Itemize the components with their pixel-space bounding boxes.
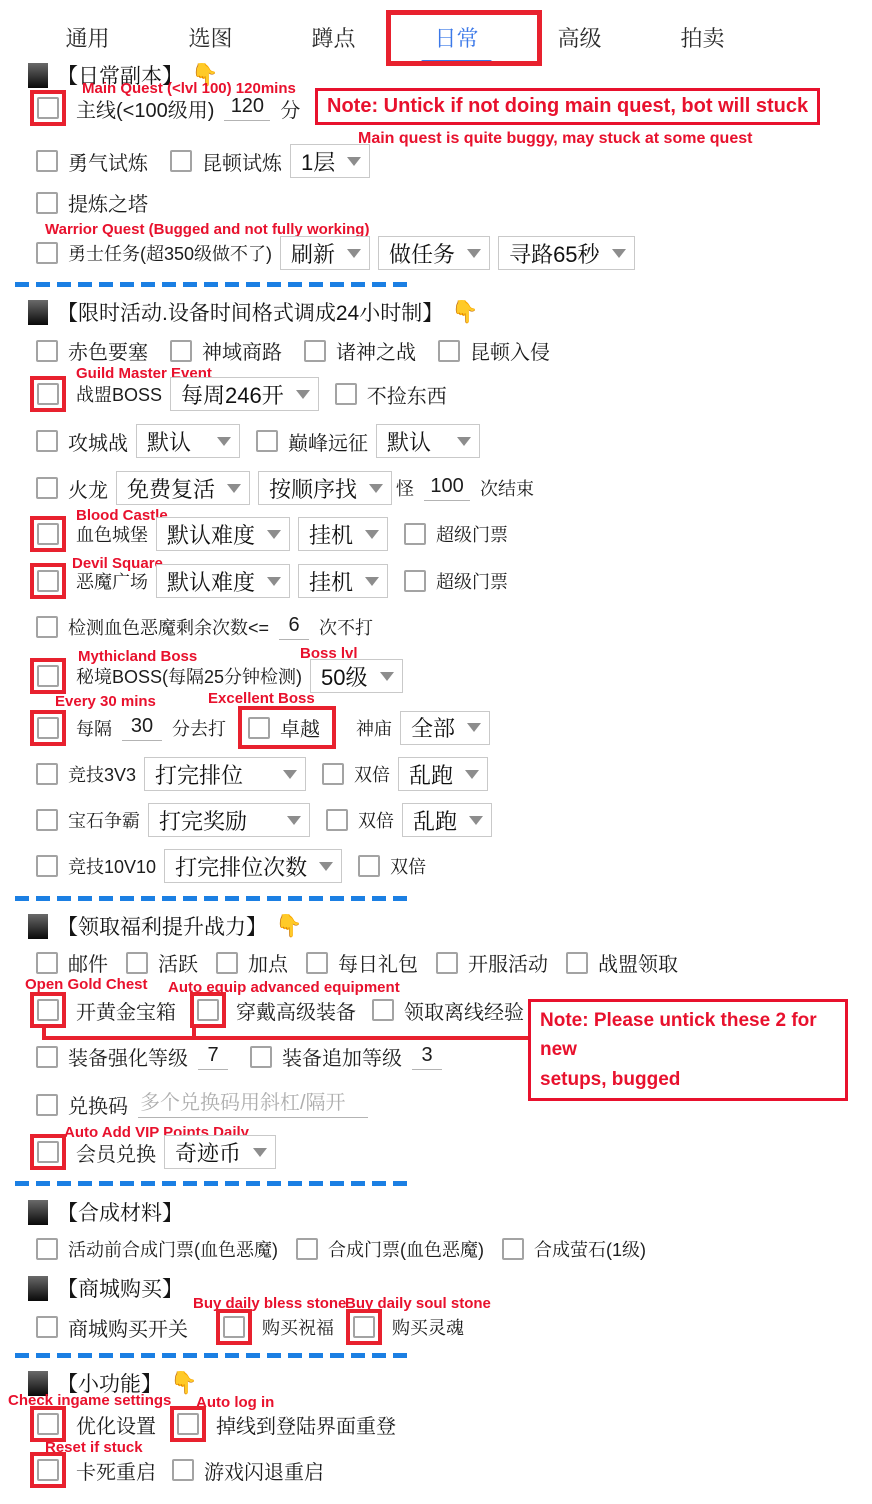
- annotation-box-soul-stone: [346, 1309, 382, 1345]
- chevron-down-icon: [469, 816, 483, 825]
- subnote-main-quest-buggy: Main quest is quite buggy, may stuck at …: [358, 130, 752, 148]
- row-guild-boss: 战盟BOSS 每周246开 不捡东西: [30, 376, 447, 412]
- daily-settings-page: 通用 选图 蹲点 日常 高级 拍卖 【日常副本】 👇 Main Quest (<…: [0, 0, 872, 1504]
- pvp-10v10-double-label: 双倍: [390, 853, 426, 879]
- row-gem-contest: 宝石争霸 打完奖励 双倍 乱跑: [36, 803, 492, 837]
- devil-afk-value: 挂机: [309, 566, 353, 597]
- annotation-box-blood-castle: [30, 516, 66, 552]
- kundun-trial-checkbox[interactable]: [170, 150, 192, 172]
- vip-exchange-label: 会员兑换: [76, 1138, 156, 1167]
- blood-super-ticket-label: 超级门票: [436, 521, 508, 547]
- chevron-down-icon: [217, 437, 231, 446]
- annotation-box-mythic-boss: [30, 658, 66, 694]
- add-points-checkbox[interactable]: [216, 952, 238, 974]
- pvp-10v10-checkbox[interactable]: [36, 855, 58, 877]
- chevron-down-icon: [457, 437, 471, 446]
- addon-level-input[interactable]: [412, 1044, 442, 1070]
- craft-ticket-label: 合成门票(血色恶魔): [328, 1236, 484, 1262]
- dragon-count-unit-label: 次结束: [480, 475, 534, 501]
- pvp-10v10-mode-value: 打完排位次数: [175, 851, 307, 882]
- peak-mode-value: 默认: [387, 426, 431, 457]
- crash-restart-checkbox[interactable]: [172, 1459, 194, 1481]
- chevron-down-icon: [465, 770, 479, 779]
- section-square-icon: [28, 63, 48, 88]
- row-trials: 勇气试炼 昆顿试炼 1层: [36, 144, 370, 178]
- dragon-search-select[interactable]: 按顺序找: [258, 471, 392, 505]
- row-welfare-toggles: 邮件 活跃 加点 每日礼包 开服活动 战盟领取: [36, 948, 678, 977]
- annotation-box-relogin: [170, 1406, 206, 1442]
- relogin-label: 掉线到登陆界面重登: [216, 1410, 396, 1439]
- annotation-box-devil-square: [30, 563, 66, 599]
- buy-bless-label: 购买祝福: [262, 1314, 334, 1340]
- mail-checkbox[interactable]: [36, 952, 58, 974]
- pointing-down-icon: 👇: [170, 1370, 197, 1396]
- row-blood-castle: 血色城堡 默认难度 挂机 超级门票: [30, 516, 508, 552]
- pointing-down-icon: 👇: [451, 299, 478, 325]
- row-event-toggles: 赤色要塞 神域商路 诸神之战 昆顿入侵: [36, 336, 550, 365]
- war-of-gods-label: 诸神之战: [336, 336, 416, 365]
- devil-difficulty-value: 默认难度: [167, 566, 255, 597]
- stuck-restart-checkbox[interactable]: [37, 1459, 59, 1481]
- tab-map-select[interactable]: 选图: [149, 14, 272, 65]
- pvp-3v3-run-select[interactable]: 乱跑: [398, 757, 488, 791]
- chevron-down-icon: [283, 770, 297, 779]
- shop-buy-switch-checkbox[interactable]: [36, 1316, 58, 1338]
- row-gold-chest: 开黄金宝箱 穿戴高级装备 领取离线经验: [30, 992, 524, 1028]
- fire-dragon-label: 火龙: [68, 474, 108, 503]
- row-fire-dragon: 火龙 免费复活 按顺序找 怪 次结束: [36, 471, 534, 505]
- chevron-down-icon: [296, 390, 310, 399]
- craft-fluorite-checkbox[interactable]: [502, 1238, 524, 1260]
- activity-label: 活跃: [158, 948, 198, 977]
- row-warrior-quest: 勇士任务(超350级做不了) 刷新 做任务 寻路65秒: [36, 236, 635, 270]
- chevron-down-icon: [369, 484, 383, 493]
- boss-level-select[interactable]: 50级: [310, 659, 402, 693]
- addon-level-label: 装备追加等级: [282, 1042, 402, 1071]
- gem-run-value: 乱跑: [413, 805, 457, 836]
- interval-label: 每隔: [76, 715, 112, 741]
- tab-auction[interactable]: 拍卖: [641, 14, 764, 65]
- offline-exp-label: 领取离线经验: [404, 996, 524, 1025]
- chevron-down-icon: [287, 816, 301, 825]
- section-square-icon: [28, 1200, 48, 1225]
- annotation-frame-daily-tab: [386, 10, 542, 66]
- temple-select[interactable]: 全部: [400, 711, 490, 745]
- boss-level-value: 50级: [321, 661, 367, 692]
- peak-expedition-label: 巅峰远征: [288, 427, 368, 456]
- activity-checkbox[interactable]: [126, 952, 148, 974]
- row-optimize: 优化设置 掉线到登陆界面重登: [30, 1406, 396, 1442]
- row-mythic-boss: 秘境BOSS(每隔25分钟检测) 50级: [30, 658, 403, 694]
- kundun-floor-value: 1层: [301, 146, 335, 177]
- tab-general[interactable]: 通用: [26, 14, 149, 65]
- refine-tower-checkbox[interactable]: [36, 192, 58, 214]
- annotation-box-bless-stone: [216, 1309, 252, 1345]
- section-timed-events-header: 【限时活动.设备时间格式调成24小时制】 👇: [28, 297, 479, 327]
- pvp-3v3-checkbox[interactable]: [36, 763, 58, 785]
- warrior-pathfind-value: 寻路65秒: [509, 238, 599, 269]
- pvp-10v10-label: 竞技10V10: [68, 853, 156, 879]
- tab-auction-label: 拍卖: [680, 26, 724, 51]
- relogin-checkbox[interactable]: [177, 1413, 199, 1435]
- section-welfare-header: 【领取福利提升战力】 👇: [28, 911, 302, 941]
- buy-bless-checkbox[interactable]: [223, 1316, 245, 1338]
- war-of-gods-checkbox[interactable]: [304, 340, 326, 362]
- vip-exchange-checkbox[interactable]: [37, 1141, 59, 1163]
- excellent-boss-checkbox[interactable]: [248, 717, 270, 739]
- fire-dragon-checkbox[interactable]: [36, 477, 58, 499]
- devil-super-ticket-checkbox[interactable]: [404, 570, 426, 592]
- tab-camp-label: 蹲点: [311, 26, 355, 51]
- dragon-monster-label: 怪: [396, 475, 414, 501]
- annotation-box-vip-exchange: [30, 1134, 66, 1170]
- main-quest-label: 主线(<100级用): [76, 94, 214, 123]
- redeem-code-checkbox[interactable]: [36, 1094, 58, 1116]
- warrior-refresh-select[interactable]: 刷新: [280, 236, 370, 270]
- dragon-revive-value: 免费复活: [127, 473, 215, 504]
- siege-war-checkbox[interactable]: [36, 430, 58, 452]
- annotation-open-gold-chest: Open Gold Chest: [25, 976, 148, 993]
- devil-square-label: 恶魔广场: [76, 568, 148, 594]
- guild-boss-checkbox[interactable]: [37, 383, 59, 405]
- peak-mode-select[interactable]: 默认: [376, 424, 480, 458]
- warrior-pathfind-select[interactable]: 寻路65秒: [498, 236, 634, 270]
- annotation-connector-line: [42, 1036, 528, 1040]
- divine-road-label: 神域商路: [202, 336, 282, 365]
- tab-map-select-label: 选图: [188, 26, 232, 51]
- dragon-search-value: 按顺序找: [269, 473, 357, 504]
- blood-afk-select[interactable]: 挂机: [298, 517, 388, 551]
- guild-claim-checkbox[interactable]: [566, 952, 588, 974]
- row-restart: 卡死重启 游戏闪退重启: [30, 1452, 324, 1488]
- warrior-do-task-value: 做任务: [389, 238, 455, 269]
- chevron-down-icon: [347, 157, 361, 166]
- gem-mode-value: 打完奖励: [159, 805, 247, 836]
- row-shop-buy: 商城购买开关 购买祝福 购买灵魂: [36, 1309, 464, 1345]
- note-main-quest: Note: Untick if not doing main quest, bo…: [315, 88, 820, 125]
- chevron-down-icon: [380, 672, 394, 681]
- section-welfare-title: 【领取福利提升战力】: [57, 911, 267, 941]
- blood-difficulty-select[interactable]: 默认难度: [156, 517, 290, 551]
- chevron-down-icon: [227, 484, 241, 493]
- pvp-3v3-label: 竞技3V3: [68, 761, 136, 787]
- enhance-level-label: 装备强化等级: [68, 1042, 188, 1071]
- guild-claim-label: 战盟领取: [598, 948, 678, 977]
- annotation-excellent-boss: Excellent Boss: [208, 690, 315, 707]
- row-siege: 攻城战 默认 巅峰远征 默认: [36, 424, 480, 458]
- annotation-box-gold-chest: [30, 992, 66, 1028]
- pointing-down-icon: 👇: [275, 913, 302, 939]
- siege-war-label: 攻城战: [68, 427, 128, 456]
- mail-label: 邮件: [68, 948, 108, 977]
- refine-tower-label: 提炼之塔: [68, 188, 148, 217]
- chevron-down-icon: [365, 530, 379, 539]
- detect-remaining-input[interactable]: [279, 614, 309, 640]
- tab-camp[interactable]: 蹲点: [272, 14, 395, 65]
- row-vip-exchange: 会员兑换 奇迹币: [30, 1134, 276, 1170]
- warrior-refresh-value: 刷新: [291, 238, 335, 269]
- pvp-3v3-double-checkbox[interactable]: [322, 763, 344, 785]
- craft-ticket-before-event-label: 活动前合成门票(血色恶魔): [68, 1236, 278, 1262]
- row-main-quest: 主线(<100级用) 分: [30, 90, 300, 126]
- devil-square-checkbox[interactable]: [37, 570, 59, 592]
- kundun-invasion-checkbox[interactable]: [438, 340, 460, 362]
- pvp-10v10-double-checkbox[interactable]: [358, 855, 380, 877]
- no-pickup-label: 不捡东西: [367, 380, 447, 409]
- mythic-boss-label: 秘境BOSS(每隔25分钟检测): [76, 663, 302, 689]
- gem-contest-label: 宝石争霸: [68, 807, 140, 833]
- enhance-level-input[interactable]: [198, 1044, 228, 1070]
- section-divider: [15, 1181, 412, 1186]
- guild-boss-label: 战盟BOSS: [76, 381, 162, 407]
- blood-difficulty-value: 默认难度: [167, 519, 255, 550]
- row-equip-levels: 装备强化等级 装备追加等级: [36, 1042, 442, 1071]
- section-square-icon: [28, 914, 48, 939]
- chevron-down-icon: [253, 1148, 267, 1157]
- detect-remaining-label: 检测血色恶魔剩余次数<=: [68, 614, 269, 640]
- vip-currency-value: 奇迹币: [175, 1137, 241, 1168]
- kundun-floor-select[interactable]: 1层: [290, 144, 370, 178]
- crash-restart-label: 游戏闪退重启: [204, 1456, 324, 1485]
- row-refine-tower: 提炼之塔: [36, 188, 148, 217]
- buy-soul-label: 购买灵魂: [392, 1314, 464, 1340]
- vip-currency-select[interactable]: 奇迹币: [164, 1135, 276, 1169]
- gold-chest-checkbox[interactable]: [37, 999, 59, 1021]
- blood-castle-label: 血色城堡: [76, 521, 148, 547]
- chevron-down-icon: [319, 862, 333, 871]
- offline-exp-checkbox[interactable]: [372, 999, 394, 1021]
- note-untick-these-2: Note: Please untick these 2 for new setu…: [528, 999, 848, 1101]
- row-redeem-code: 兑换码: [36, 1090, 368, 1119]
- enhance-level-checkbox[interactable]: [36, 1046, 58, 1068]
- section-craft-header: 【合成材料】: [28, 1197, 183, 1227]
- main-quest-checkbox[interactable]: [37, 97, 59, 119]
- auto-equip-checkbox[interactable]: [197, 999, 219, 1021]
- annotation-box-interval-hunt: [30, 710, 66, 746]
- gem-double-checkbox[interactable]: [326, 809, 348, 831]
- chevron-down-icon: [267, 577, 281, 586]
- divine-road-checkbox[interactable]: [170, 340, 192, 362]
- buy-soul-checkbox[interactable]: [353, 1316, 375, 1338]
- chevron-down-icon: [267, 530, 281, 539]
- detect-remaining-unit-label: 次不打: [319, 614, 373, 640]
- row-craft-toggles: 活动前合成门票(血色恶魔) 合成门票(血色恶魔) 合成萤石(1级): [36, 1236, 646, 1262]
- blood-afk-value: 挂机: [309, 519, 353, 550]
- optimize-settings-label: 优化设置: [76, 1410, 156, 1439]
- excellent-boss-label: 卓越: [280, 713, 320, 742]
- tab-general-label: 通用: [65, 26, 109, 51]
- interval-minutes-input[interactable]: [122, 715, 162, 741]
- annotation-box-optimize: [30, 1406, 66, 1442]
- section-divider: [15, 1353, 412, 1358]
- section-timed-events-title: 【限时活动.设备时间格式调成24小时制】: [57, 297, 443, 327]
- pvp-3v3-double-label: 双倍: [354, 761, 390, 787]
- redeem-code-label: 兑换码: [68, 1090, 128, 1119]
- daily-gift-checkbox[interactable]: [306, 952, 328, 974]
- kundun-invasion-label: 昆顿入侵: [470, 336, 550, 365]
- interval-go-label: 分去打: [172, 715, 226, 741]
- craft-ticket-checkbox[interactable]: [296, 1238, 318, 1260]
- note-untick-line2: setups, bugged: [540, 1065, 836, 1094]
- auto-equip-label: 穿戴高级装备: [236, 996, 356, 1025]
- annotation-box-auto-equip: [190, 992, 226, 1028]
- addon-level-checkbox[interactable]: [250, 1046, 272, 1068]
- crimson-fortress-checkbox[interactable]: [36, 340, 58, 362]
- section-divider: [15, 282, 412, 287]
- craft-ticket-before-event-checkbox[interactable]: [36, 1238, 58, 1260]
- annotation-box-excellent: 卓越: [238, 706, 336, 749]
- main-quest-unit-label: 分: [280, 94, 300, 123]
- crimson-fortress-label: 赤色要塞: [68, 336, 148, 365]
- row-pvp-3v3: 竞技3V3 打完排位 双倍 乱跑: [36, 757, 488, 791]
- interval-hunt-checkbox[interactable]: [37, 717, 59, 739]
- tab-advanced-label: 高级: [557, 26, 601, 51]
- kundun-trial-label: 昆顿试炼: [202, 147, 282, 176]
- pvp-3v3-mode-value: 打完排位: [155, 759, 243, 790]
- optimize-settings-checkbox[interactable]: [37, 1413, 59, 1435]
- peak-expedition-checkbox[interactable]: [256, 430, 278, 452]
- row-pvp-10v10: 竞技10V10 打完排位次数 双倍: [36, 849, 426, 883]
- add-points-label: 加点: [248, 948, 288, 977]
- main-quest-minutes-input[interactable]: [224, 95, 270, 121]
- pvp-3v3-mode-select[interactable]: 打完排位: [144, 757, 306, 791]
- devil-difficulty-select[interactable]: 默认难度: [156, 564, 290, 598]
- section-square-icon: [28, 300, 48, 325]
- temple-label: 神庙: [356, 715, 392, 741]
- blood-castle-checkbox[interactable]: [37, 523, 59, 545]
- gold-chest-label: 开黄金宝箱: [76, 996, 176, 1025]
- shop-buy-switch-label: 商城购买开关: [68, 1313, 188, 1342]
- section-shop-title: 【商城购买】: [57, 1273, 183, 1303]
- warrior-quest-checkbox[interactable]: [36, 242, 58, 264]
- guild-boss-schedule-value: 每周246开: [181, 379, 284, 410]
- annotation-box-main-quest: [30, 90, 66, 126]
- blood-super-ticket-checkbox[interactable]: [404, 523, 426, 545]
- pvp-10v10-mode-select[interactable]: 打完排位次数: [164, 849, 342, 883]
- gem-run-select[interactable]: 乱跑: [402, 803, 492, 837]
- siege-mode-select[interactable]: 默认: [136, 424, 240, 458]
- chevron-down-icon: [612, 249, 626, 258]
- chevron-down-icon: [365, 577, 379, 586]
- craft-fluorite-label: 合成萤石(1级): [534, 1236, 646, 1262]
- gem-mode-select[interactable]: 打完奖励: [148, 803, 310, 837]
- chevron-down-icon: [347, 249, 361, 258]
- guild-boss-schedule-select[interactable]: 每周246开: [170, 377, 319, 411]
- no-pickup-checkbox[interactable]: [335, 383, 357, 405]
- dragon-revive-select[interactable]: 免费复活: [116, 471, 250, 505]
- mythic-boss-checkbox[interactable]: [37, 665, 59, 687]
- warrior-quest-label: 勇士任务(超350级做不了): [68, 240, 272, 266]
- row-devil-square: 恶魔广场 默认难度 挂机 超级门票: [30, 563, 508, 599]
- gem-contest-checkbox[interactable]: [36, 809, 58, 831]
- section-divider: [15, 896, 412, 901]
- pvp-3v3-run-value: 乱跑: [409, 759, 453, 790]
- chevron-down-icon: [467, 723, 481, 732]
- row-interval-hunt: 每隔 分去打 卓越 神庙 全部: [30, 706, 490, 749]
- detect-remaining-checkbox[interactable]: [36, 616, 58, 638]
- temple-value: 全部: [411, 712, 455, 743]
- redeem-code-input[interactable]: [138, 1092, 368, 1118]
- devil-super-ticket-label: 超级门票: [436, 568, 508, 594]
- server-event-label: 开服活动: [468, 948, 548, 977]
- annotation-box-guild-boss: [30, 376, 66, 412]
- devil-afk-select[interactable]: 挂机: [298, 564, 388, 598]
- section-shop-header: 【商城购买】: [28, 1273, 183, 1303]
- courage-trial-checkbox[interactable]: [36, 150, 58, 172]
- annotation-box-restart: [30, 1452, 66, 1488]
- stuck-restart-label: 卡死重启: [76, 1456, 156, 1485]
- row-detect-remaining: 检测血色恶魔剩余次数<= 次不打: [36, 614, 373, 640]
- siege-mode-value: 默认: [147, 426, 191, 457]
- note-untick-line1: Note: Please untick these 2 for new: [540, 1006, 836, 1065]
- server-event-checkbox[interactable]: [436, 952, 458, 974]
- section-craft-title: 【合成材料】: [57, 1197, 183, 1227]
- warrior-do-task-select[interactable]: 做任务: [378, 236, 490, 270]
- gem-double-label: 双倍: [358, 807, 394, 833]
- section-square-icon: [28, 1276, 48, 1301]
- chevron-down-icon: [467, 249, 481, 258]
- courage-trial-label: 勇气试炼: [68, 147, 148, 176]
- daily-gift-label: 每日礼包: [338, 948, 418, 977]
- dragon-count-input[interactable]: [424, 475, 470, 501]
